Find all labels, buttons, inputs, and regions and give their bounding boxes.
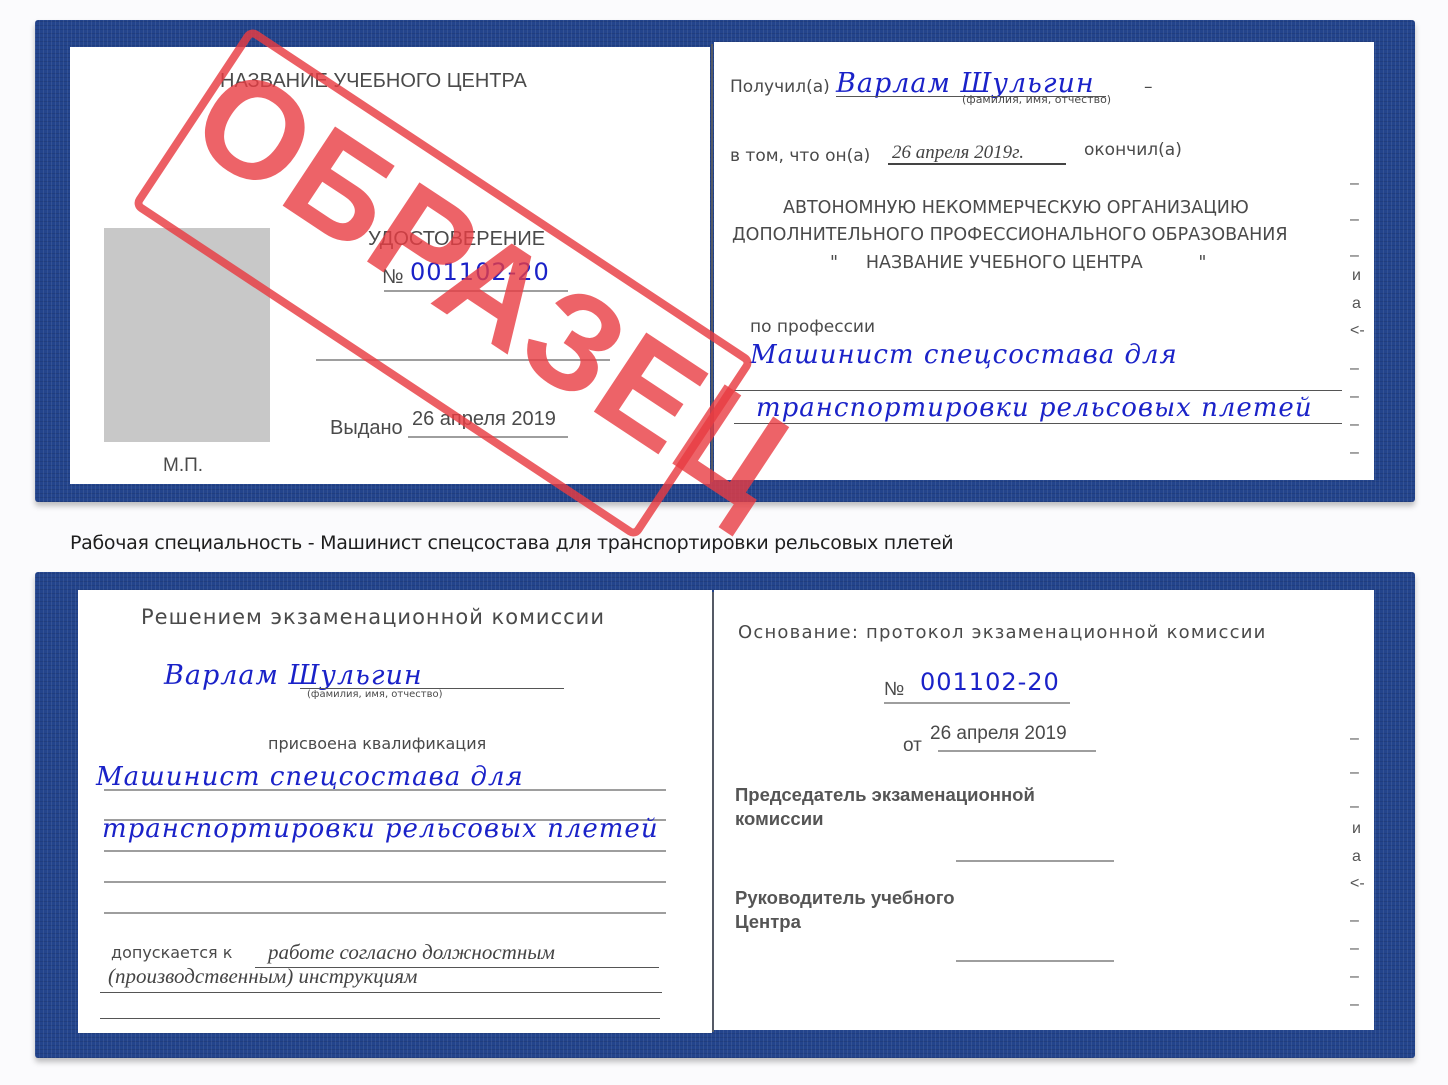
profession-line-2: транспортировки рельсовых плетей <box>756 393 1313 423</box>
received-label: Получил(а) <box>730 77 830 97</box>
profession-underline-2 <box>734 423 1342 424</box>
qualification-label: присвоена квалификация <box>268 734 486 753</box>
issued-date: 26 апреля 2019 <box>412 408 556 431</box>
basis-text: Основание: протокол экзаменационной коми… <box>738 622 1267 643</box>
finished-label: окончил(а) <box>1084 140 1182 160</box>
holder-name: Варлам Шульгин <box>164 660 423 691</box>
profession-underline-1 <box>734 390 1342 391</box>
head-line-1: Руководитель учебного <box>735 887 955 909</box>
org-line-2: ДОПОЛНИТЕЛЬНОГО ПРОФЕССИОНАЛЬНОГО ОБРАЗО… <box>732 225 1287 245</box>
admitted-line-1: работе согласно должностным <box>268 940 555 965</box>
that-label: в том, что он(а) <box>730 146 870 166</box>
holder-name-hint: (фамилия, имя, отчество) <box>307 689 443 700</box>
commission-heading: Решением экзаменационной комиссии <box>141 605 605 629</box>
admitted-underline-3 <box>100 1018 660 1019</box>
chairman-line-1: Председатель экзаменационной <box>735 784 1035 806</box>
bottom-spine <box>712 592 714 1032</box>
number-underline <box>384 290 568 292</box>
org-line-1: АВТОНОМНУЮ НЕКОММЕРЧЕСКУЮ ОРГАНИЗАЦИЮ <box>783 198 1249 218</box>
qualification-line-2: транспортировки рельсовых плетей <box>102 814 659 844</box>
issued-label: Выдано <box>330 417 403 440</box>
profession-label: по профессии <box>750 317 875 337</box>
specialty-caption: Рабочая специальность - Машинист спецсос… <box>70 532 953 554</box>
protocol-number: 001102-20 <box>920 668 1060 696</box>
that-date: 26 апреля 2019г. <box>892 142 1024 164</box>
top-spine <box>711 44 713 482</box>
received-name-hint: (фамилия, имя, отчество) <box>962 93 1111 106</box>
org-line-3: " НАЗВАНИЕ УЧЕБНОГО ЦЕНТРА " <box>830 253 1206 273</box>
qualification-line-1: Машинист спецсостава для <box>96 762 524 792</box>
blank-underline <box>316 359 610 361</box>
qualification-underline-1 <box>104 789 666 791</box>
from-date-underline <box>938 750 1096 752</box>
protocol-number-underline <box>884 702 1070 704</box>
head-signature-line <box>956 960 1114 962</box>
head-line-2: Центра <box>735 911 801 933</box>
admitted-line-2: (производственным) инструкциям <box>108 964 417 989</box>
admitted-label: допускается к <box>111 943 232 962</box>
issued-underline <box>408 436 568 438</box>
from-date: 26 апреля 2019 <box>930 723 1067 745</box>
from-label: от <box>903 735 922 757</box>
received-dash: – <box>1144 77 1153 97</box>
certificate-number: 001102-20 <box>410 258 550 286</box>
stamp-place: М.П. <box>163 455 203 477</box>
qualification-underline-4 <box>104 881 666 883</box>
center-name: НАЗВАНИЕ УЧЕБНОГО ЦЕНТРА <box>220 70 527 93</box>
that-date-underline <box>888 163 1066 165</box>
admitted-underline-2 <box>100 992 662 993</box>
qualification-underline-5 <box>104 912 666 914</box>
chairman-signature-line <box>956 860 1114 862</box>
chairman-line-2: комиссии <box>735 808 823 830</box>
number-label: № <box>382 266 403 289</box>
photo-placeholder <box>104 228 270 442</box>
profession-line-1: Машинист спецсостава для <box>750 340 1178 370</box>
qualification-underline-3 <box>104 850 666 852</box>
protocol-number-label: № <box>884 679 904 701</box>
doc-title: УДОСТОВЕРЕНИЕ <box>368 228 545 251</box>
